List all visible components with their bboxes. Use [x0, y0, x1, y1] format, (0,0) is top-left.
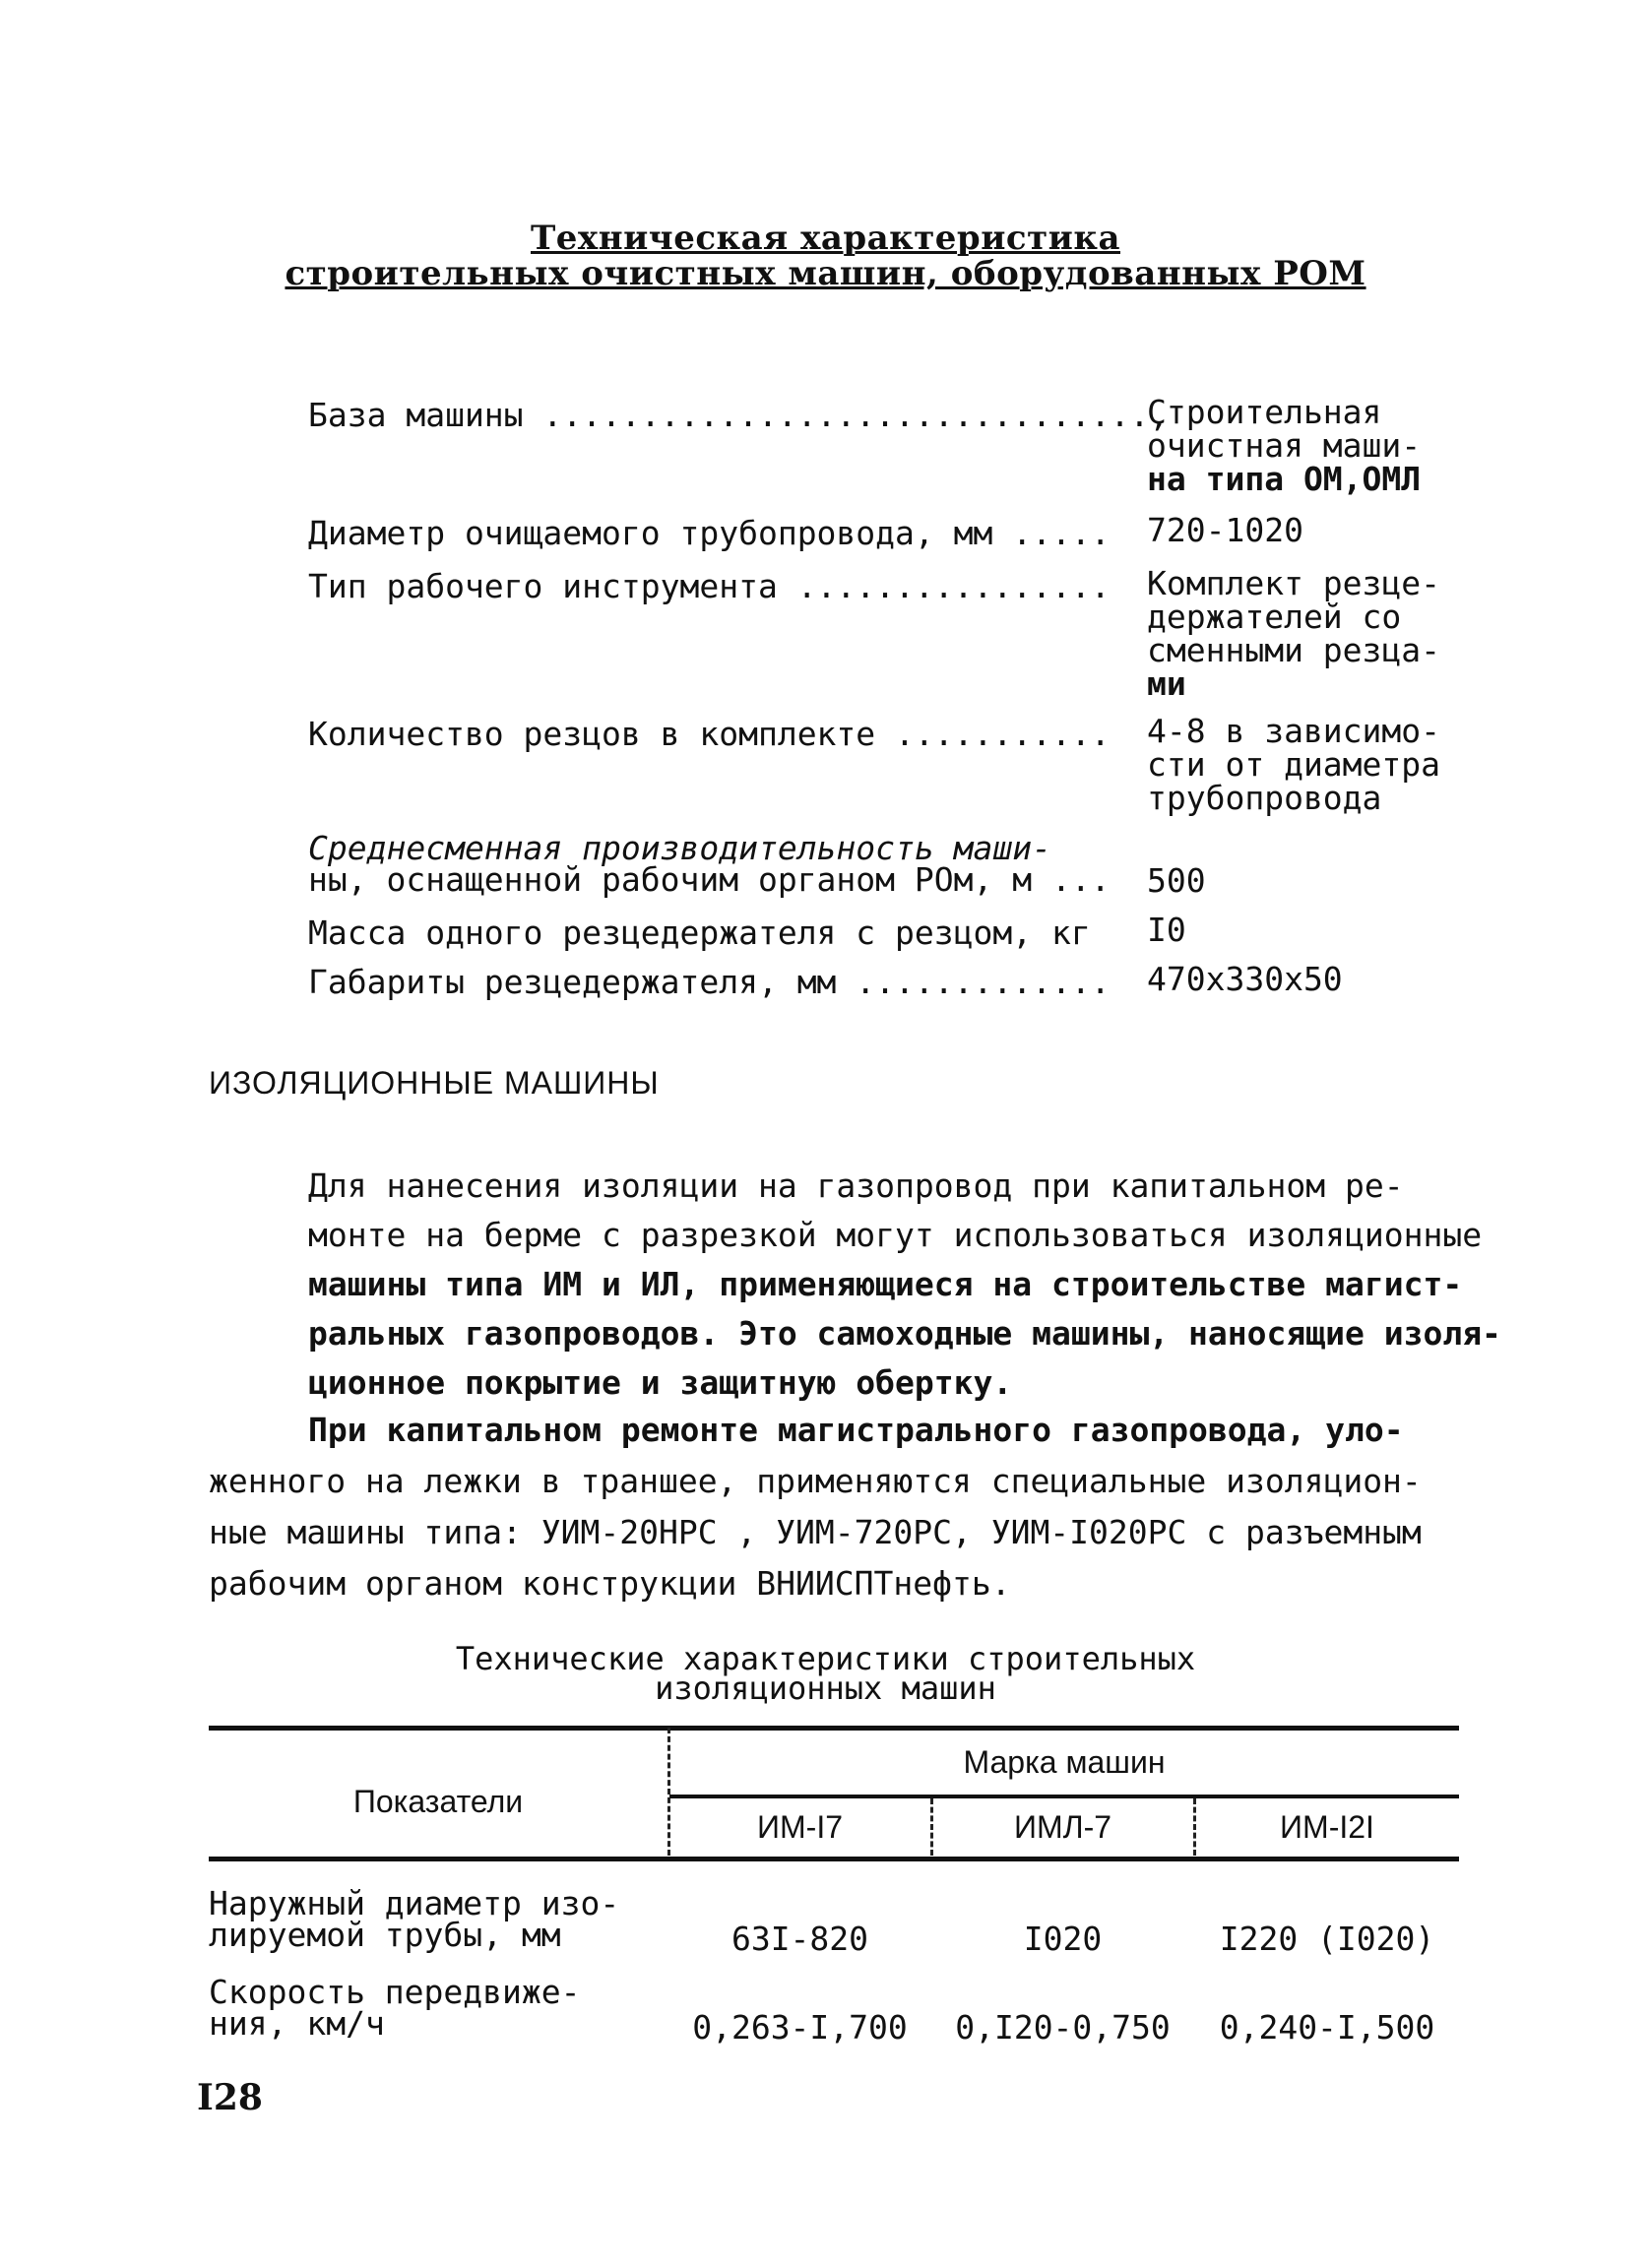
paragraph-line: рабочим органом конструкции ВНИИСПТнефть…	[209, 1559, 1011, 1608]
table-col-im-121: ИМ-I2I	[1195, 1809, 1459, 1846]
spec-value-tool-type: Комплект резце- держателей со сменными р…	[1147, 567, 1440, 701]
paragraph-line: машины типа ИМ и ИЛ, применяющиеся на ст…	[308, 1260, 1462, 1309]
paragraph-line: монте на берме с разрезкой могут использ…	[308, 1211, 1482, 1260]
spec-label-tool-type: Тип рабочего инструмента ...............…	[308, 567, 1111, 605]
section-heading: ИЗОЛЯЦИОННЫЕ МАШИНЫ	[209, 1065, 660, 1102]
paragraph-insulation-machines: Для нанесения изоляции на газопровод при…	[308, 1162, 1460, 1417]
spec-value-productivity: 500	[1147, 864, 1206, 898]
spec-value-cutter-count: 4-8 в зависимо- сти от диаметра трубопро…	[1147, 715, 1440, 815]
spec-value-line: держателей со	[1147, 600, 1440, 634]
table-mid-rule	[669, 1795, 1459, 1798]
table-cell: I020	[932, 1920, 1193, 1958]
table-top-rule	[209, 1726, 1459, 1731]
paragraph-trench-repair: При капитальном ремонте магистрального г…	[209, 1406, 1469, 1622]
table-col-iml-7: ИМЛ-7	[932, 1809, 1193, 1846]
paragraph-line: Для нанесения изоляции на газопровод при…	[308, 1162, 1404, 1211]
table-caption-line-2: изоляционных машин	[0, 1673, 1651, 1703]
table-cell: 0,263-I,700	[669, 2008, 930, 2047]
document-title-line-2: строительных очистных машин, оборудованн…	[0, 254, 1651, 293]
document-title-line-1: Техническая характеристика	[0, 219, 1651, 258]
spec-value-line: на типа ОМ,ОМЛ	[1147, 463, 1421, 496]
table-header-indicators: Показатели	[209, 1784, 667, 1820]
table-row-label: Наружный диаметр изо- лируемой трубы, мм	[209, 1888, 619, 1951]
spec-value-holder-dimensions: 470х330х50	[1147, 963, 1343, 996]
paragraph-line: При капитальном ремонте магистрального г…	[308, 1406, 1404, 1455]
table-row-label-line: лируемой трубы, мм	[209, 1920, 619, 1951]
spec-value-line: сменными резца-	[1147, 634, 1440, 667]
spec-value-line: Комплект резце-	[1147, 567, 1440, 600]
table-col-im-17: ИМ-I7	[669, 1809, 930, 1846]
table-cell: I220 (I020)	[1195, 1920, 1459, 1958]
paragraph-line: ральных газопроводов. Это самоходные маш…	[308, 1309, 1501, 1358]
page-number: I28	[197, 2077, 263, 2118]
spec-value-line: сти от диаметра	[1147, 748, 1440, 782]
spec-value-holder-mass: I0	[1147, 913, 1186, 947]
spec-label-holder-dimensions: Габариты резцедержателя, мм ............…	[308, 963, 1111, 1001]
spec-label-productivity: Среднесменная производительность маши- н…	[308, 833, 1111, 896]
spec-label-holder-mass: Масса одного резцедержателя с резцом, кг	[308, 913, 1091, 952]
paragraph-line: ционное покрытие и защитную обертку.	[308, 1358, 1012, 1408]
table-cell: 0,240-I,500	[1195, 2008, 1459, 2047]
spec-label-machine-base: База машины ............................…	[308, 396, 1169, 434]
spec-value-line: очистная маши-	[1147, 429, 1421, 463]
paragraph-line: ные машины типа: УИМ-20НРС , УИМ-720РС, …	[209, 1508, 1422, 1557]
spec-value-pipe-diameter: 720-1020	[1147, 514, 1303, 547]
table-header-bottom-rule	[209, 1857, 1459, 1861]
spec-value-line: трубопровода	[1147, 782, 1440, 815]
spec-value-machine-base: Строительная очистная маши- на типа ОМ,О…	[1147, 396, 1421, 496]
table-cell: 63I-820	[669, 1920, 930, 1958]
spec-value-line: 4-8 в зависимо-	[1147, 715, 1440, 748]
spec-value-line: Строительная	[1147, 396, 1421, 429]
paragraph-line: женного на лежки в траншее, применяются …	[209, 1457, 1422, 1506]
table-row-label-line: ния, км/ч	[209, 2008, 581, 2040]
spec-label-line: ны, оснащенной рабочим органом РОм, м ..…	[308, 864, 1111, 896]
spec-label-cutter-count: Количество резцов в комплекте ..........…	[308, 715, 1111, 753]
table-row-label: Скорость передвиже- ния, км/ч	[209, 1977, 581, 2040]
table-cell: 0,I20-0,750	[932, 2008, 1193, 2047]
spec-label-pipe-diameter: Диаметр очищаемого трубопровода, мм ....…	[308, 514, 1111, 552]
spec-value-line: ми	[1147, 667, 1440, 701]
table-header-machine-brand: Марка машин	[669, 1744, 1459, 1781]
